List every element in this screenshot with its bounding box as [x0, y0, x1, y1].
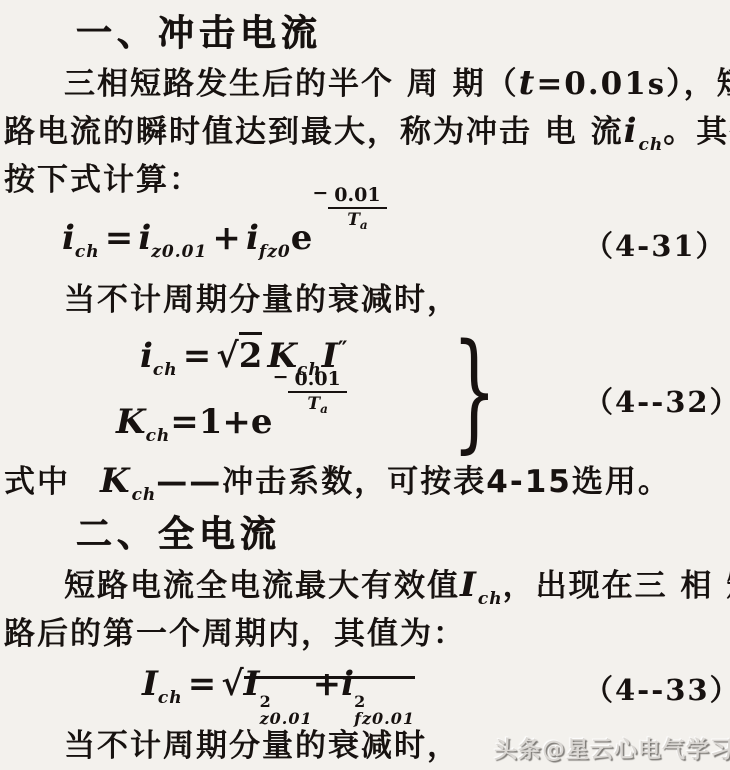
para2-line1-text: 短路电流全电流最大有效值 [64, 568, 460, 604]
f431-plus: + [212, 218, 241, 258]
f432-l1-lhs: i [140, 336, 153, 376]
para2-line2: 路后的第一个周期内，其值为： [4, 608, 466, 653]
f432-double-prime: ″ [338, 337, 348, 363]
decay-note-2: 当不计周期分量的衰减时， [64, 720, 460, 765]
f431-equals: = [105, 218, 134, 258]
decay-note-1: 当不计周期分量的衰减时， [64, 274, 460, 319]
f433-plus: + [313, 664, 342, 704]
f433-term2: i [341, 664, 354, 704]
f432-radicand-2: 2 [239, 332, 263, 376]
where-K: K [100, 461, 132, 501]
f433-sqrt-sign: √ [221, 664, 243, 704]
f432-l2-lhs-sub: ch [146, 426, 171, 446]
f432-l2-equals-1plus: =1+ [170, 402, 251, 442]
f431-lhs: i [62, 218, 75, 258]
f431-exp-numerator: 0.01 [328, 184, 386, 209]
para1-line2-tail: 。其值 [663, 114, 730, 150]
f431-exp-minus: − [312, 182, 328, 204]
f431-exp-denominator: Ta [328, 209, 386, 232]
para1-line2-text: 路电流的瞬时值达到最大，称为冲击 电 流 [4, 114, 624, 150]
section1-heading: 一、冲击电流 [76, 5, 322, 56]
section2-heading: 二、全电流 [76, 506, 281, 557]
watermark: 头条@星云心电气学习室 [494, 731, 730, 764]
var-Ta-sub: a [360, 218, 368, 232]
var-ich: i [624, 111, 639, 151]
formula-4-31: ich = iz0.01 + ifz0e−0.01Ta [62, 218, 387, 268]
f432-var-Ta: T [307, 394, 320, 414]
f431-lhs-sub: ch [75, 242, 100, 262]
where-pre: 式中 [4, 464, 70, 500]
para1-line2: 路电流的瞬时值达到最大，称为冲击 电 流ich。其值 [4, 106, 730, 155]
f431-term1: i [138, 218, 151, 258]
f432-var-Ta-sub: a [320, 402, 328, 416]
f432-exp-minus: − [273, 366, 289, 388]
para1-line1: 三相短路发生后的半个 周 期（t=0.01s），短 [64, 58, 730, 103]
sqrt-sign: √ [216, 336, 238, 376]
f431-term2-sub: fz0 [259, 242, 291, 262]
formula-4-33: Ich = √I2z0.01+i2fz0.01 [142, 664, 415, 728]
where-clause: 式中Kch——冲击系数，可按表4-15选用。 [4, 456, 671, 505]
brace-glyph: } [452, 328, 497, 456]
where-K-sub: ch [132, 485, 157, 505]
f432-exp-fraction: 0.01Ta [288, 368, 346, 416]
var-t: t [519, 63, 537, 103]
f432-exp-denominator: Ta [288, 393, 346, 416]
f433-radicand: I2z0.01+i2fz0.01 [244, 676, 415, 699]
eq-label-4-32: （4--32） [584, 380, 730, 421]
scanned-textbook-page: 一、冲击电流 三相短路发生后的半个 周 期（t=0.01s），短 路电流的瞬时值… [0, 0, 730, 770]
f432-l1-equals: = [183, 336, 212, 376]
var-Ta: T [347, 210, 360, 230]
f432-right-brace: } [452, 328, 533, 456]
where-post: ——冲击系数，可按表4-15选用。 [156, 464, 671, 500]
var-ich-sub: ch [639, 135, 664, 155]
f431-exponent: −0.01Ta [312, 182, 386, 232]
eq-label-4-31: （4-31） [584, 224, 727, 265]
f431-exp-fraction: 0.01Ta [328, 184, 386, 232]
f432-l2-lhs: K [116, 402, 146, 442]
formula-4-32-line2: Kch=1+e−0.01Ta [116, 402, 347, 452]
eq-label-4-33: （4--33） [584, 668, 730, 709]
f432-l1-lhs-sub: ch [153, 360, 178, 380]
f433-lhs: I [142, 664, 158, 704]
para1-line1-tail: ），短 [666, 66, 730, 102]
f431-term2: i [246, 218, 259, 258]
f432-l2-e: e [251, 402, 273, 442]
f433-equals: = [188, 664, 217, 704]
f433-lhs-sub: ch [158, 688, 183, 708]
var-Ich-sub: ch [478, 589, 503, 609]
f433-term1: I [244, 664, 260, 704]
f432-exp-numerator: 0.01 [288, 368, 346, 393]
para1-line1-text: 三相短路发生后的半个 周 期（ [64, 66, 519, 102]
para1-line3: 按下式计算： [4, 154, 202, 199]
f431-e: e [291, 218, 313, 258]
unit-s: s [648, 67, 666, 101]
para2-line1: 短路电流全电流最大有效值Ich，出现在三 相 短 [64, 560, 730, 609]
f431-term1-sub: z0.01 [151, 242, 207, 262]
var-Ich: I [460, 565, 478, 605]
f432-exponent: −0.01Ta [273, 366, 347, 416]
para2-line1-tail: ，出现在三 相 短 [503, 568, 730, 604]
value-001: =0.01 [536, 66, 647, 102]
